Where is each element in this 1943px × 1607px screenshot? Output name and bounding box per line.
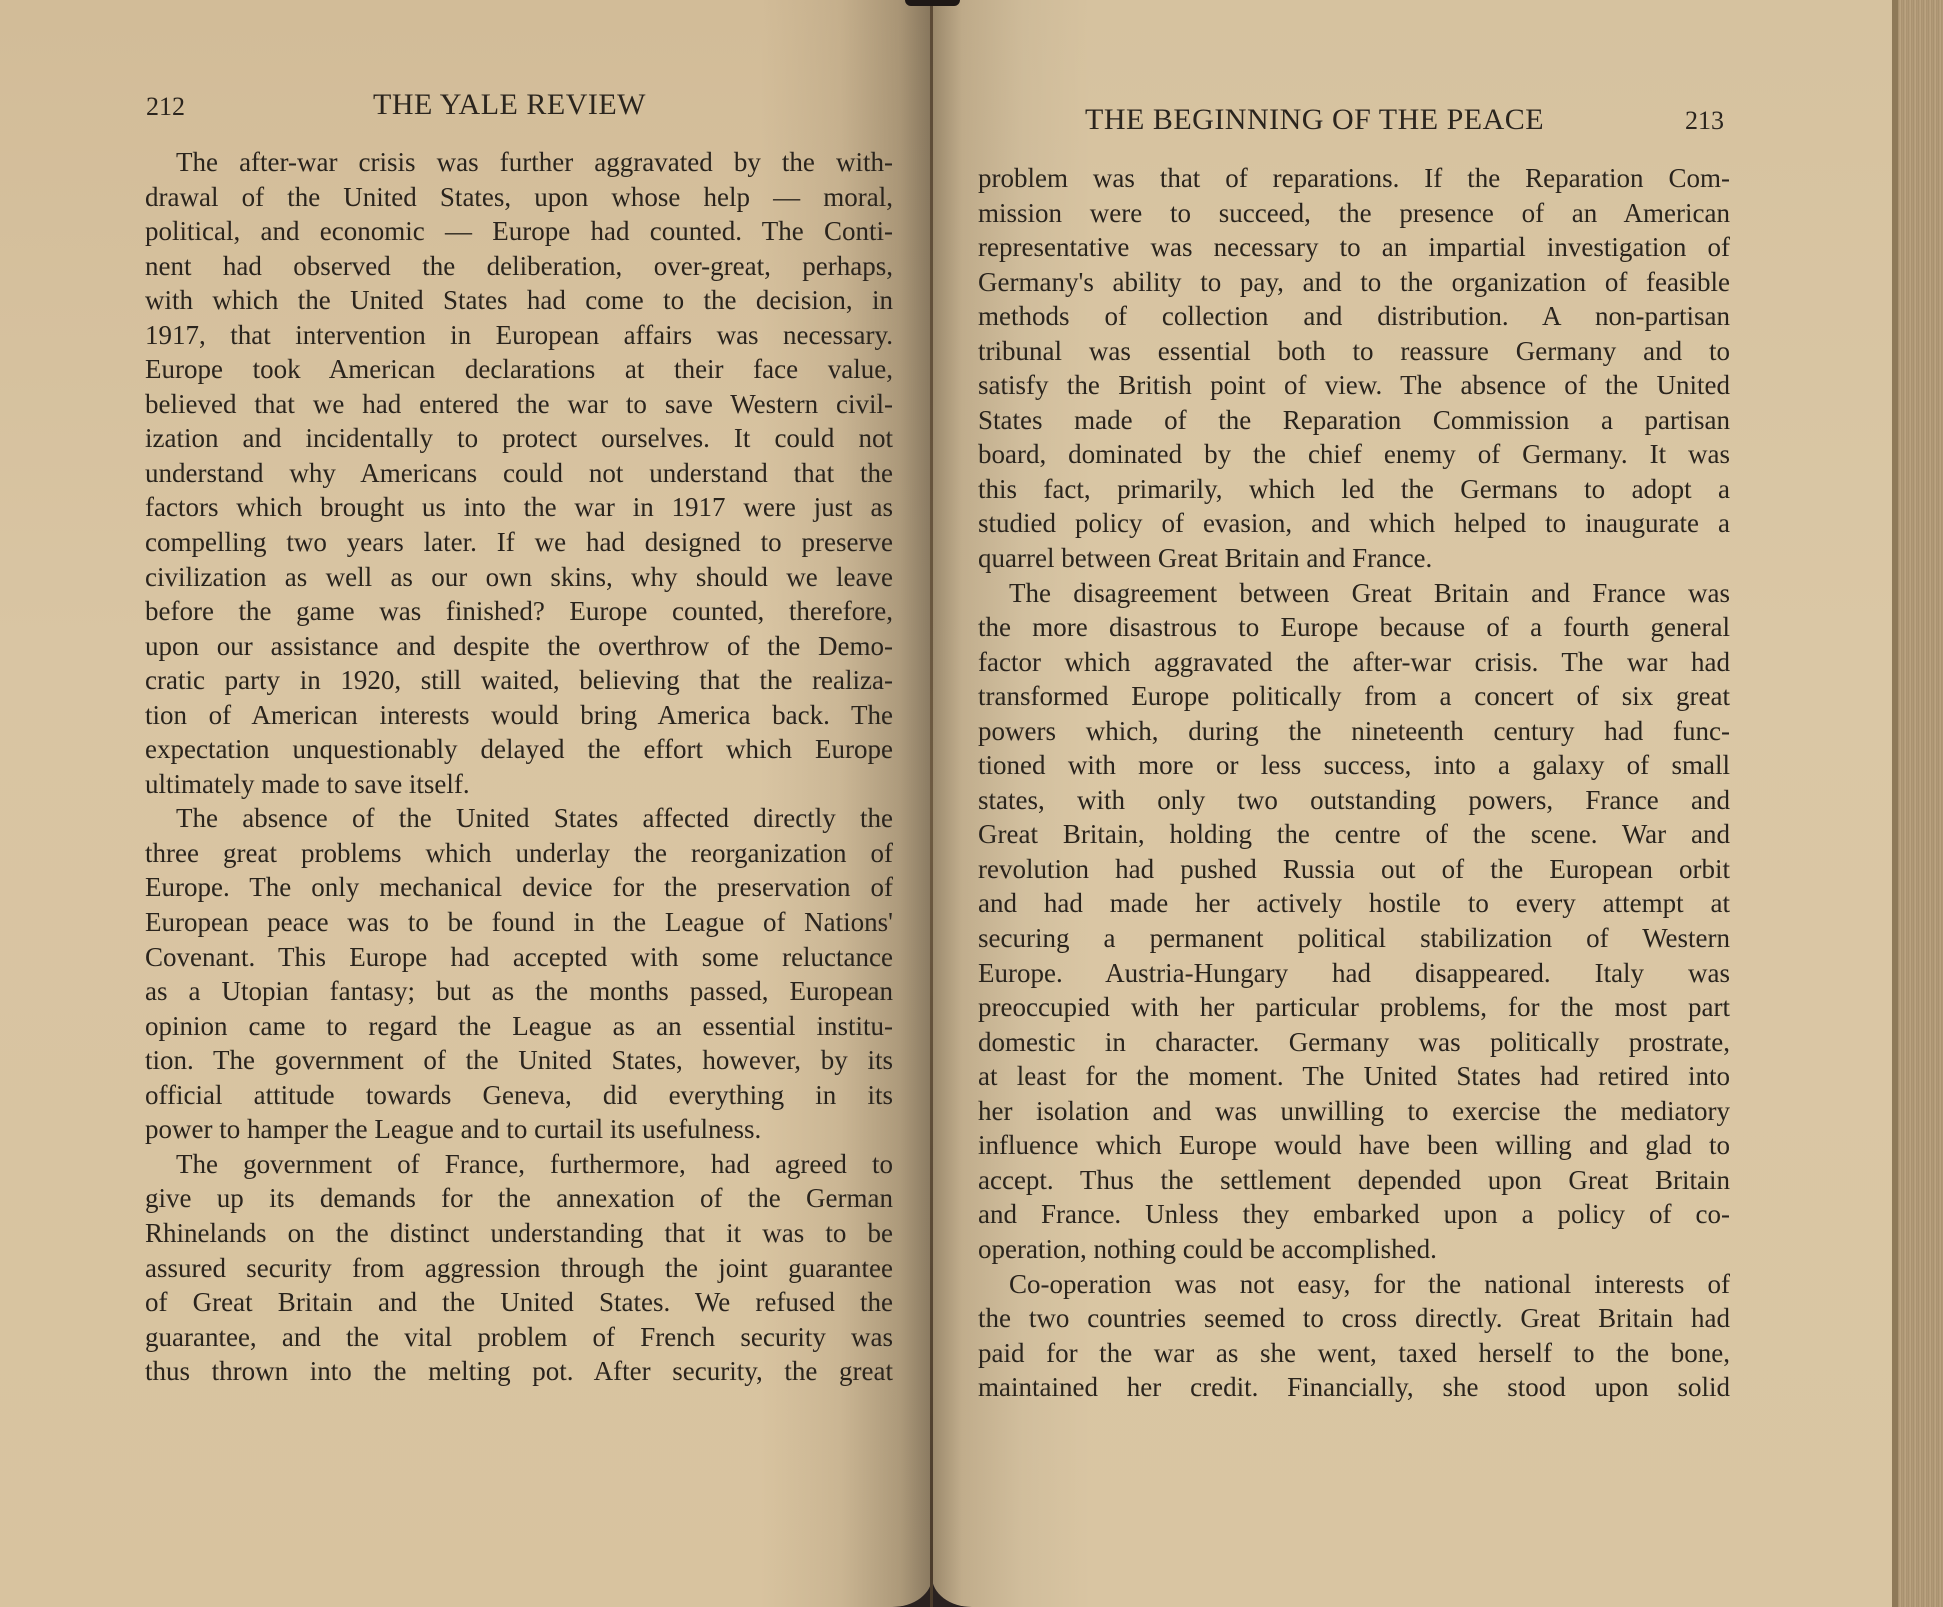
- text-line: Europe. Austria-Hungary had disappeared.…: [978, 956, 1730, 991]
- text-line: problem was that of reparations. If the …: [978, 161, 1730, 196]
- text-line: satisfy the British point of view. The a…: [978, 368, 1730, 403]
- text-line: factors which brought us into the war in…: [145, 490, 893, 525]
- text-line: tioned with more or less success, into a…: [978, 748, 1730, 783]
- text-line: assured security from aggression through…: [145, 1251, 893, 1286]
- spine-shadow: [905, 0, 960, 6]
- text-line: Europe. The only mechanical device for t…: [145, 870, 893, 905]
- book-gutter: [930, 0, 933, 1607]
- text-line: European peace was to be found in the Le…: [145, 905, 893, 940]
- text-line: with which the United States had come to…: [145, 283, 893, 318]
- text-line: studied policy of evasion, and which hel…: [978, 506, 1730, 541]
- text-line: opinion came to regard the League as an …: [145, 1009, 893, 1044]
- text-line: at least for the moment. The United Stat…: [978, 1059, 1730, 1094]
- running-head-right: THE BEGINNING OF THE PEACE: [1085, 103, 1544, 137]
- text-line: accept. Thus the settlement depended upo…: [978, 1163, 1730, 1198]
- page-number-right: 213: [1685, 106, 1724, 136]
- text-line: board, dominated by the chief enemy of G…: [978, 437, 1730, 472]
- running-head-left: THE YALE REVIEW: [373, 88, 646, 122]
- text-line: give up its demands for the annexation o…: [145, 1181, 893, 1216]
- text-line: the two countries seemed to cross direct…: [978, 1301, 1730, 1336]
- text-line: states, with only two outstanding powers…: [978, 783, 1730, 818]
- text-line: influence which Europe would have been w…: [978, 1128, 1730, 1163]
- text-line: cratic party in 1920, still waited, beli…: [145, 663, 893, 698]
- text-line: tion. The government of the United State…: [145, 1043, 893, 1078]
- text-line: The government of France, furthermore, h…: [145, 1147, 893, 1182]
- text-line: methods of collection and distribution. …: [978, 299, 1730, 334]
- text-line: of Great Britain and the United States. …: [145, 1285, 893, 1320]
- text-line: Europe took American declarations at the…: [145, 352, 893, 387]
- page-number-left: 212: [146, 92, 185, 122]
- text-line: expectation unquestionably delayed the e…: [145, 732, 893, 767]
- text-line: ization and incidentally to protect ours…: [145, 421, 893, 456]
- text-line: thus thrown into the melting pot. After …: [145, 1354, 893, 1389]
- text-line: transformed Europe politically from a co…: [978, 679, 1730, 714]
- text-line: and had made her actively hostile to eve…: [978, 886, 1730, 921]
- page-edges-stack: [1892, 0, 1943, 1607]
- text-line: revolution had pushed Russia out of the …: [978, 852, 1730, 887]
- text-line: States made of the Reparation Commission…: [978, 403, 1730, 438]
- text-line: guarantee, and the vital problem of Fren…: [145, 1320, 893, 1355]
- text-line: nent had observed the deliberation, over…: [145, 249, 893, 284]
- text-line: The after-war crisis was further aggrava…: [145, 145, 893, 180]
- text-line: securing a permanent political stabiliza…: [978, 921, 1730, 956]
- text-line: tion of American interests would bring A…: [145, 698, 893, 733]
- text-line: believed that we had entered the war to …: [145, 387, 893, 422]
- text-line: mission were to succeed, the presence of…: [978, 196, 1730, 231]
- book-spread: 212 THE YALE REVIEW The after-war crisis…: [0, 0, 1943, 1607]
- text-line: maintained her credit. Financially, she …: [978, 1370, 1730, 1405]
- right-page: THE BEGINNING OF THE PEACE 213 problem w…: [932, 0, 1892, 1607]
- text-line: ultimately made to save itself.: [145, 767, 893, 802]
- text-line: this fact, primarily, which led the Germ…: [978, 472, 1730, 507]
- left-page: 212 THE YALE REVIEW The after-war crisis…: [0, 0, 932, 1607]
- text-line: understand why Americans could not under…: [145, 456, 893, 491]
- text-line: civilization as well as our own skins, w…: [145, 560, 893, 595]
- text-line: representative was necessary to an impar…: [978, 230, 1730, 265]
- text-line: 1917, that intervention in European affa…: [145, 318, 893, 353]
- text-line: as a Utopian fantasy; but as the months …: [145, 974, 893, 1009]
- text-line: three great problems which underlay the …: [145, 836, 893, 871]
- text-line: her isolation and was unwilling to exerc…: [978, 1094, 1730, 1129]
- text-line: factor which aggravated the after-war cr…: [978, 645, 1730, 680]
- text-line: Co-operation was not easy, for the natio…: [978, 1267, 1730, 1302]
- text-line: tribunal was essential both to reassure …: [978, 334, 1730, 369]
- text-line: powers which, during the nineteenth cent…: [978, 714, 1730, 749]
- text-line: before the game was finished? Europe cou…: [145, 594, 893, 629]
- text-line: upon our assistance and despite the over…: [145, 629, 893, 664]
- text-line: The absence of the United States affecte…: [145, 801, 893, 836]
- left-page-body: The after-war crisis was further aggrava…: [145, 145, 893, 1389]
- text-line: compelling two years later. If we had de…: [145, 525, 893, 560]
- text-line: The disagreement between Great Britain a…: [978, 576, 1730, 611]
- right-page-body: problem was that of reparations. If the …: [978, 161, 1730, 1405]
- text-line: political, and economic — Europe had cou…: [145, 214, 893, 249]
- text-line: Germany's ability to pay, and to the org…: [978, 265, 1730, 300]
- text-line: power to hamper the League and to curtai…: [145, 1112, 893, 1147]
- text-line: operation, nothing could be accomplished…: [978, 1232, 1730, 1267]
- text-line: Covenant. This Europe had accepted with …: [145, 940, 893, 975]
- text-line: and France. Unless they embarked upon a …: [978, 1197, 1730, 1232]
- text-line: domestic in character. Germany was polit…: [978, 1025, 1730, 1060]
- text-line: official attitude towards Geneva, did ev…: [145, 1078, 893, 1113]
- text-line: quarrel between Great Britain and France…: [978, 541, 1730, 576]
- text-line: Great Britain, holding the centre of the…: [978, 817, 1730, 852]
- text-line: drawal of the United States, upon whose …: [145, 180, 893, 215]
- text-line: preoccupied with her particular problems…: [978, 990, 1730, 1025]
- text-line: paid for the war as she went, taxed hers…: [978, 1336, 1730, 1371]
- text-line: Rhinelands on the distinct understanding…: [145, 1216, 893, 1251]
- text-line: the more disastrous to Europe because of…: [978, 610, 1730, 645]
